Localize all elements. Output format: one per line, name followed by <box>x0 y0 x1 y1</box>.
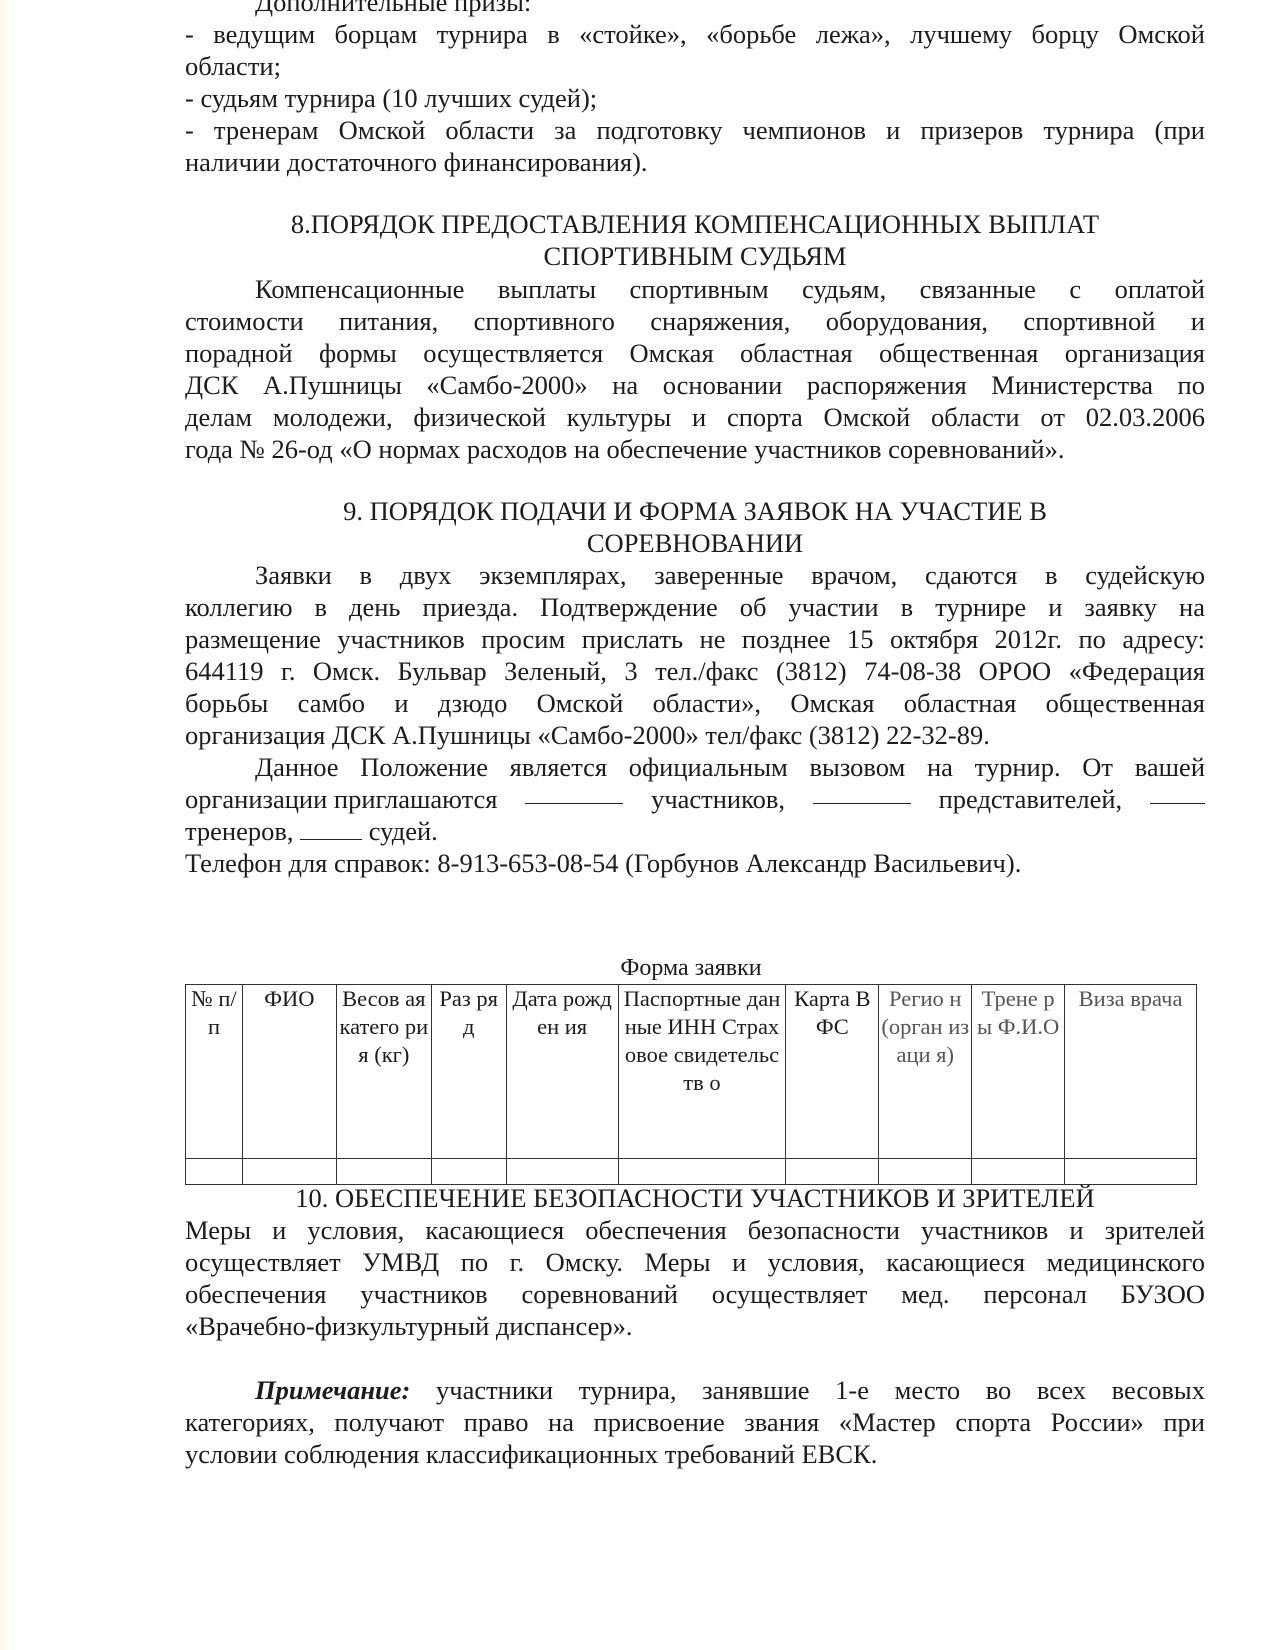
invite-participants: участников, <box>651 783 785 815</box>
section8-line: порадной формы осуществляется Омская обл… <box>185 337 1205 369</box>
invite-representatives: представителей, <box>939 783 1123 815</box>
trainers-count-blank[interactable] <box>1150 783 1205 804</box>
invitation-blanks: организации приглашаются участников, пре… <box>185 783 1205 815</box>
col-birthdate: Дата рожден ия <box>506 985 618 1159</box>
col-weight: Весов ая катего рия (кг) <box>336 985 431 1159</box>
section8-line: Компенсационные выплаты спортивным судья… <box>185 273 1205 305</box>
col-vfs-card: Карта ВФС <box>786 985 879 1159</box>
section9-line: Заявки в двух экземплярах, заверенные вр… <box>185 559 1205 591</box>
note-line: условии соблюдения классификационных тре… <box>185 1438 1205 1470</box>
judges-count-blank[interactable] <box>300 819 362 840</box>
section10-title: 10. ОБЕСПЕЧЕНИЕ БЕЗОПАСНОСТИ УЧАСТНИКОВ … <box>185 1182 1205 1214</box>
cell-empty[interactable] <box>786 1159 879 1185</box>
cell-empty[interactable] <box>879 1159 972 1185</box>
prizes-intro: Дополнительные призы: <box>185 0 1275 18</box>
col-number: № п/п <box>186 985 243 1159</box>
representatives-count-blank[interactable] <box>813 783 911 804</box>
application-form-table: № п/п ФИО Весов ая катего рия (кг) Раз р… <box>185 984 1197 1185</box>
col-name: ФИО <box>242 985 336 1159</box>
cell-empty[interactable] <box>336 1159 431 1185</box>
note-line: категориях, получают право на присвоение… <box>185 1406 1205 1438</box>
table-row <box>186 1159 1197 1185</box>
invitation-line: Данное Положение является официальным вы… <box>185 751 1205 783</box>
invite-trainers: тренеров, <box>185 816 294 846</box>
section9-line: борьбы самбо и дзюдо Омской области», Ом… <box>185 687 1205 719</box>
cell-empty[interactable] <box>506 1159 618 1185</box>
note-line: Примечание: участники турнира, занявшие … <box>185 1374 1205 1406</box>
note-label: Примечание: <box>255 1375 410 1405</box>
section9-line: размещение участников просим прислать не… <box>185 623 1205 655</box>
section9-line: коллегию в день приезда. Подтверждение о… <box>185 591 1205 623</box>
invite-organizations: организации приглашаются <box>185 783 498 815</box>
invitation-judges: тренеров, судей. <box>185 815 1205 847</box>
form-header-row: № п/п ФИО Весов ая катего рия (кг) Раз р… <box>186 985 1197 1159</box>
section8-line: года № 26-од «О нормах расходов на обесп… <box>185 433 1205 465</box>
prize-item-2: - судьям турнира (10 лучших судей); <box>185 82 1205 114</box>
section8-title: 8.ПОРЯДОК ПРЕДОСТАВЛЕНИЯ КОМПЕНСАЦИОННЫХ… <box>185 208 1205 240</box>
cell-empty[interactable] <box>618 1159 786 1185</box>
prize-item-3: - тренерам Омской области за подготовку … <box>185 114 1205 146</box>
prize-item-1: - ведущим борцам турнира в «стойке», «бо… <box>185 18 1205 50</box>
col-region: Регио н (орган изаци я) <box>879 985 972 1159</box>
note-text: участники турнира, занявшие 1-е место во… <box>436 1375 1205 1405</box>
col-rank: Раз ряд <box>431 985 506 1159</box>
prize-item-1-cont: области; <box>185 50 1205 82</box>
section8-title-cont: СПОРТИВНЫМ СУДЬЯМ <box>185 240 1205 272</box>
participants-count-blank[interactable] <box>525 783 623 804</box>
cell-empty[interactable] <box>242 1159 336 1185</box>
scan-edge <box>0 0 12 1650</box>
form-caption: Форма заявки <box>185 953 1197 983</box>
invite-judges: судей. <box>369 816 438 846</box>
section10-line: Меры и условия, касающиеся обеспечения б… <box>185 1214 1205 1246</box>
section10-line: «Врачебно-физкультурный диспансер». <box>185 1310 1205 1342</box>
section10-line: обеспечения участников соревнований осущ… <box>185 1278 1205 1310</box>
col-passport: Паспортные данные ИНН Страховое свидетел… <box>618 985 786 1159</box>
section9-line: 644119 г. Омск. Бульвар Зеленый, 3 тел./… <box>185 655 1205 687</box>
cell-empty[interactable] <box>972 1159 1065 1185</box>
cell-empty[interactable] <box>1065 1159 1197 1185</box>
prize-item-3-cont: наличии достаточного финансирования). <box>185 146 1205 178</box>
section8-line: ДСК А.Пушницы «Самбо-2000» на основании … <box>185 369 1205 401</box>
section8-line: стоимости питания, спортивного снаряжени… <box>185 305 1205 337</box>
contact-phone: Телефон для справок: 8-913-653-08-54 (Го… <box>185 847 1205 879</box>
cell-empty[interactable] <box>186 1159 243 1185</box>
section10-line: осуществляет УМВД по г. Омску. Меры и ус… <box>185 1246 1205 1278</box>
section9-line: организация ДСК А.Пушницы «Самбо-2000» т… <box>185 719 1205 751</box>
section9-title: 9. ПОРЯДОК ПОДАЧИ И ФОРМА ЗАЯВОК НА УЧАС… <box>185 495 1205 527</box>
section8-line: делам молодежи, физической культуры и сп… <box>185 401 1205 433</box>
cell-empty[interactable] <box>431 1159 506 1185</box>
col-doctor-visa: Виза врача <box>1065 985 1197 1159</box>
col-trainers: Трене ры Ф.И.О <box>972 985 1065 1159</box>
section9-title-cont: СОРЕВНОВАНИИ <box>185 527 1205 559</box>
